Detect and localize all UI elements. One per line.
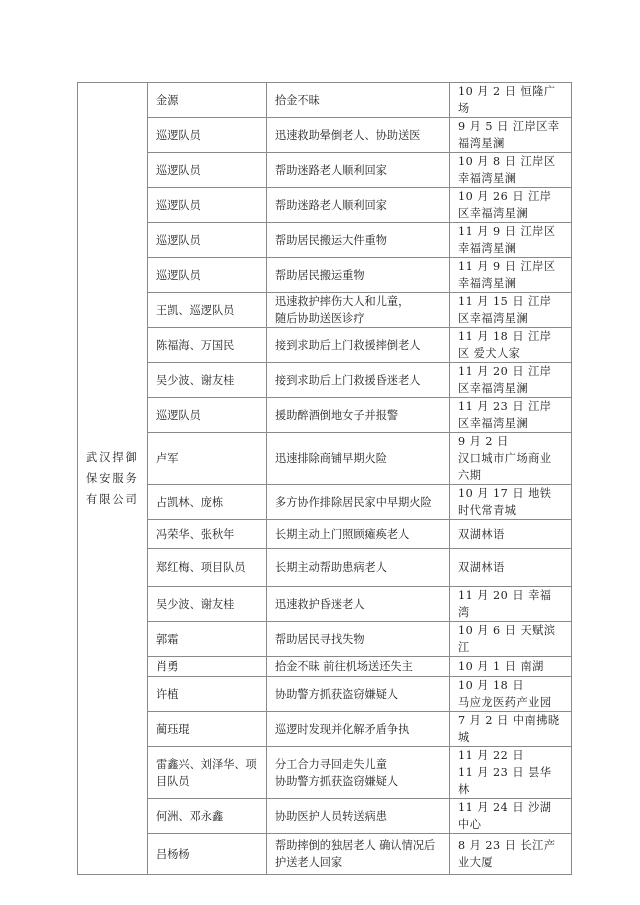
deed-cell: 接到求助后上门救援昏迷老人 <box>267 363 450 398</box>
deed-cell: 协助医护人员转送病患 <box>267 799 450 834</box>
deed-cell: 迅速救助晕倒老人、协助送医 <box>267 118 450 153</box>
date-location-cell: 11 月 18 日 江岸区 爱犬人家 <box>450 328 572 363</box>
date-location-cell: 10 月 26 日 江岸区幸福湾星澜 <box>450 188 572 223</box>
table-row: 武汉捍御保安服务有限公司金源拾金不昧10 月 2 日 恒隆广场 <box>78 83 572 118</box>
table-row: 吴少波、谢友桂接到求助后上门救援昏迷老人11 月 20 日 江岸区幸福湾星澜 <box>78 363 572 398</box>
date-location-cell: 9 月 2 日 汉口城市广场商业六期 <box>450 433 572 485</box>
date-location-cell: 9 月 5 日 江岸区幸福湾星澜 <box>450 118 572 153</box>
date-location-cell: 11 月 20 日 江岸区幸福湾星澜 <box>450 363 572 398</box>
date-location-cell: 8 月 23 日 长江产业大厦 <box>450 834 572 875</box>
date-location-cell: 双湖林语 <box>450 520 572 549</box>
people-cell: 蔺珏琨 <box>148 712 267 747</box>
date-location-cell: 11 月 23 日 江岸区幸福湾星澜 <box>450 398 572 433</box>
date-location-cell: 11 月 15 日 江岸区幸福湾星澜 <box>450 293 572 328</box>
table-row: 雷鑫兴、刘泽华、项目队员分工合力寻回走失儿童 协助警方抓获盗窃嫌疑人11 月 2… <box>78 747 572 799</box>
date-location-cell: 10 月 18 日 马应龙医药产业园 <box>450 677 572 712</box>
people-cell: 陈福海、万国民 <box>148 328 267 363</box>
people-cell: 许植 <box>148 677 267 712</box>
table-row: 肖勇拾金不昧 前往机场送还失主10 月 1 日 南湖 <box>78 657 572 677</box>
date-location-cell: 11 月 24 日 沙湖中心 <box>450 799 572 834</box>
deed-cell: 长期主动上门照顾瘫痪老人 <box>267 520 450 549</box>
table-row: 王凯、巡逻队员迅速救护摔伤大人和儿童， 随后协助送医诊疗11 月 15 日 江岸… <box>78 293 572 328</box>
people-cell: 吴少波、谢友桂 <box>148 587 267 622</box>
date-location-cell: 11 月 9 日 江岸区幸福湾星澜 <box>450 223 572 258</box>
deed-cell: 协助警方抓获盗窃嫌疑人 <box>267 677 450 712</box>
deed-cell: 接到求助后上门救援摔倒老人 <box>267 328 450 363</box>
date-location-cell: 双湖林语 <box>450 549 572 587</box>
date-location-cell: 10 月 8 日 江岸区幸福湾星澜 <box>450 153 572 188</box>
table-row: 何洲、邓永鑫协助医护人员转送病患11 月 24 日 沙湖中心 <box>78 799 572 834</box>
deed-cell: 巡逻时发现并化解矛盾争执 <box>267 712 450 747</box>
people-cell: 巡逻队员 <box>148 118 267 153</box>
deed-cell: 帮助迷路老人顺利回家 <box>267 153 450 188</box>
people-cell: 金源 <box>148 83 267 118</box>
deed-cell: 迅速排除商铺早期火险 <box>267 433 450 485</box>
table-row: 巡逻队员援助醉酒倒地女子并报警11 月 23 日 江岸区幸福湾星澜 <box>78 398 572 433</box>
people-cell: 郭霜 <box>148 622 267 657</box>
table-row: 蔺珏琨巡逻时发现并化解矛盾争执7 月 2 日 中南拂晓城 <box>78 712 572 747</box>
deed-cell: 分工合力寻回走失儿童 协助警方抓获盗窃嫌疑人 <box>267 747 450 799</box>
table-row: 郭霜帮助居民寻找失物10 月 6 日 天赋滨江 <box>78 622 572 657</box>
people-cell: 巡逻队员 <box>148 153 267 188</box>
people-cell: 巡逻队员 <box>148 223 267 258</box>
deed-cell: 援助醉酒倒地女子并报警 <box>267 398 450 433</box>
table-body: 武汉捍御保安服务有限公司金源拾金不昧10 月 2 日 恒隆广场巡逻队员迅速救助晕… <box>78 83 572 875</box>
date-location-cell: 10 月 1 日 南湖 <box>450 657 572 677</box>
table-row: 陈福海、万国民接到求助后上门救援摔倒老人11 月 18 日 江岸区 爱犬人家 <box>78 328 572 363</box>
people-cell: 巡逻队员 <box>148 188 267 223</box>
commendation-table: 武汉捍御保安服务有限公司金源拾金不昧10 月 2 日 恒隆广场巡逻队员迅速救助晕… <box>77 82 572 875</box>
date-location-cell: 7 月 2 日 中南拂晓城 <box>450 712 572 747</box>
people-cell: 王凯、巡逻队员 <box>148 293 267 328</box>
table-row: 吴少波、谢友桂迅速救护昏迷老人11 月 20 日 幸福湾 <box>78 587 572 622</box>
people-cell: 卢军 <box>148 433 267 485</box>
deed-cell: 帮助居民搬运重物 <box>267 258 450 293</box>
date-location-cell: 11 月 9 日 江岸区幸福湾星澜 <box>450 258 572 293</box>
people-cell: 吴少波、谢友桂 <box>148 363 267 398</box>
deed-cell: 迅速救护昏迷老人 <box>267 587 450 622</box>
date-location-cell: 10 月 2 日 恒隆广场 <box>450 83 572 118</box>
people-cell: 肖勇 <box>148 657 267 677</box>
table-row: 占凯林、庞栋多方协作排除居民家中早期火险10 月 17 日 地铁时代常青城 <box>78 485 572 520</box>
people-cell: 何洲、邓永鑫 <box>148 799 267 834</box>
deed-cell: 长期主动帮助患病老人 <box>267 549 450 587</box>
table-row: 巡逻队员帮助迷路老人顺利回家10 月 26 日 江岸区幸福湾星澜 <box>78 188 572 223</box>
deed-cell: 帮助摔倒的独居老人 确认情况后护送老人回家 <box>267 834 450 875</box>
deed-cell: 帮助居民寻找失物 <box>267 622 450 657</box>
people-cell: 吕杨杨 <box>148 834 267 875</box>
organization-cell: 武汉捍御保安服务有限公司 <box>78 83 148 875</box>
table-row: 郑红梅、项目队员长期主动帮助患病老人双湖林语 <box>78 549 572 587</box>
table-row: 巡逻队员帮助居民搬运大件重物11 月 9 日 江岸区幸福湾星澜 <box>78 223 572 258</box>
people-cell: 占凯林、庞栋 <box>148 485 267 520</box>
deed-cell: 帮助迷路老人顺利回家 <box>267 188 450 223</box>
deed-cell: 帮助居民搬运大件重物 <box>267 223 450 258</box>
table-row: 巡逻队员帮助居民搬运重物11 月 9 日 江岸区幸福湾星澜 <box>78 258 572 293</box>
table-row: 许植协助警方抓获盗窃嫌疑人10 月 18 日 马应龙医药产业园 <box>78 677 572 712</box>
date-location-cell: 10 月 6 日 天赋滨江 <box>450 622 572 657</box>
date-location-cell: 11 月 20 日 幸福湾 <box>450 587 572 622</box>
table-row: 冯荣华、张秋年长期主动上门照顾瘫痪老人双湖林语 <box>78 520 572 549</box>
deed-cell: 多方协作排除居民家中早期火险 <box>267 485 450 520</box>
people-cell: 冯荣华、张秋年 <box>148 520 267 549</box>
table-row: 巡逻队员迅速救助晕倒老人、协助送医9 月 5 日 江岸区幸福湾星澜 <box>78 118 572 153</box>
deed-cell: 拾金不昧 前往机场送还失主 <box>267 657 450 677</box>
people-cell: 郑红梅、项目队员 <box>148 549 267 587</box>
date-location-cell: 11 月 22 日 11 月 23 日 昙华林 <box>450 747 572 799</box>
people-cell: 巡逻队员 <box>148 398 267 433</box>
table-row: 巡逻队员帮助迷路老人顺利回家10 月 8 日 江岸区幸福湾星澜 <box>78 153 572 188</box>
table-row: 吕杨杨帮助摔倒的独居老人 确认情况后护送老人回家8 月 23 日 长江产业大厦 <box>78 834 572 875</box>
deed-cell: 拾金不昧 <box>267 83 450 118</box>
date-location-cell: 10 月 17 日 地铁时代常青城 <box>450 485 572 520</box>
table-row: 卢军迅速排除商铺早期火险9 月 2 日 汉口城市广场商业六期 <box>78 433 572 485</box>
people-cell: 巡逻队员 <box>148 258 267 293</box>
deed-cell: 迅速救护摔伤大人和儿童， 随后协助送医诊疗 <box>267 293 450 328</box>
people-cell: 雷鑫兴、刘泽华、项目队员 <box>148 747 267 799</box>
